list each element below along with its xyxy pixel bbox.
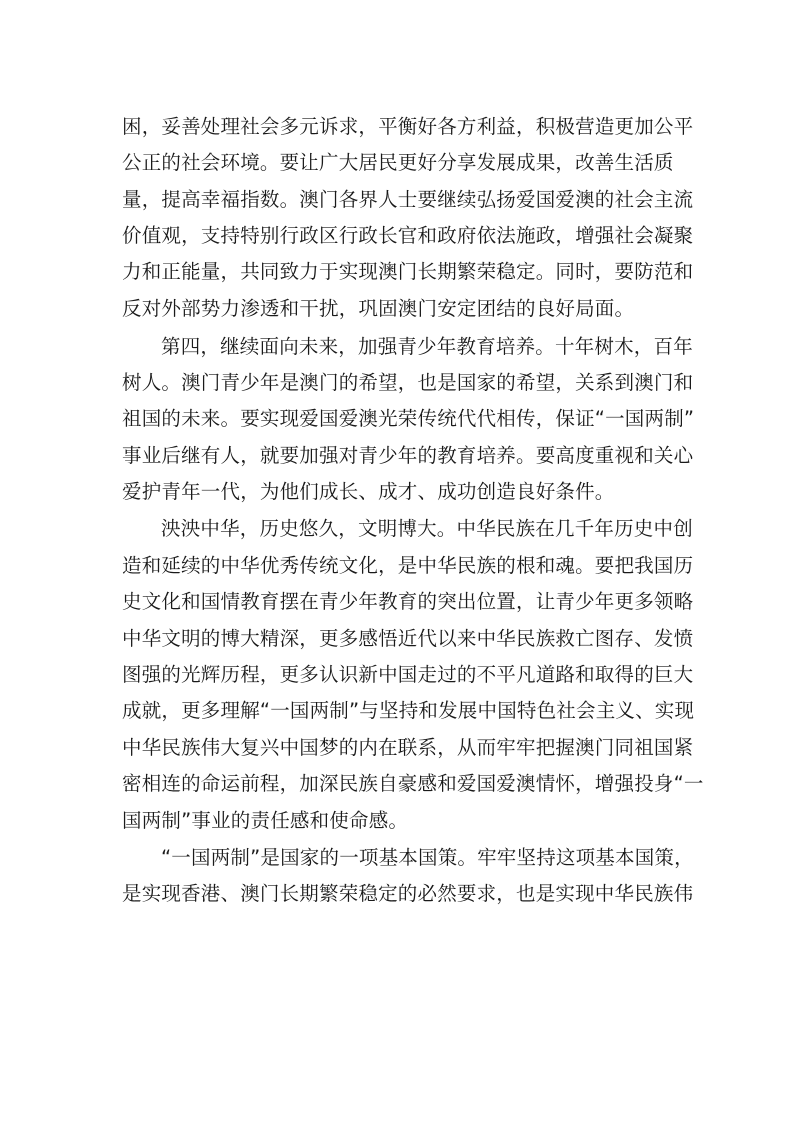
text-line: 史文化和国情教育摆在青少年教育的突出位置，让青少年更多领略 (122, 588, 722, 616)
text-line: 中华文明的博大精深，更多感悟近代以来中华民族救亡图存、发愤 (122, 625, 722, 653)
text-line: 量，提高幸福指数。澳门各界人士要继续弘扬爱国爱澳的社会主流 (122, 186, 722, 214)
text-line: 中华民族伟大复兴中国梦的内在联系，从而牢牢把握澳门同祖国紧 (122, 734, 722, 762)
text-line: 是实现香港、澳门长期繁荣稳定的必然要求，也是实现中华民族伟 (122, 880, 722, 908)
text-line: 造和延续的中华优秀传统文化，是中华民族的根和魂。要把我国历 (122, 552, 722, 580)
paragraph-first-line: 第四，继续面向未来，加强青少年教育培养。十年树木，百年 (161, 333, 761, 361)
text-line: 爱护青年一代，为他们成长、成才、成功创造良好条件。 (122, 478, 722, 506)
text-line: 公正的社会环境。要让广大居民更好分享发展成果，改善生活质 (122, 149, 722, 177)
text-line: 树人。澳门青少年是澳门的希望，也是国家的希望，关系到澳门和 (122, 369, 722, 397)
text-line: 国两制”事业的责任感和使命感。 (122, 807, 722, 835)
paragraph-first-line: “一国两制”是国家的一项基本国策。牢牢坚持这项基本国策， (161, 844, 761, 872)
document-page: 困，妥善处理社会多元诉求，平衡好各方利益，积极营造更加公平 公正的社会环境。要让… (0, 0, 800, 1130)
text-line: 价值观，支持特别行政区行政长官和政府依法施政，增强社会凝聚 (122, 222, 722, 250)
text-line: 祖国的未来。要实现爱国爱澳光荣传统代代相传，保证“一国两制” (122, 405, 722, 433)
text-line: 事业后继有人，就要加强对青少年的教育培养。要高度重视和关心 (122, 442, 722, 470)
paragraph-first-line: 泱泱中华，历史悠久，文明博大。中华民族在几千年历史中创 (161, 515, 761, 543)
text-line: 图强的光辉历程，更多认识新中国走过的不平凡道路和取得的巨大 (122, 661, 722, 689)
text-line: 成就，更多理解“一国两制”与坚持和发展中国特色社会主义、实现 (122, 697, 722, 725)
text-line: 力和正能量，共同致力于实现澳门长期繁荣稳定。同时，要防范和 (122, 258, 722, 286)
text-line: 密相连的命运前程，加深民族自豪感和爱国爱澳情怀，增强投身“一 (122, 770, 722, 798)
text-line: 反对外部势力渗透和干扰，巩固澳门安定团结的良好局面。 (122, 295, 722, 323)
text-line: 困，妥善处理社会多元诉求，平衡好各方利益，积极营造更加公平 (122, 113, 722, 141)
